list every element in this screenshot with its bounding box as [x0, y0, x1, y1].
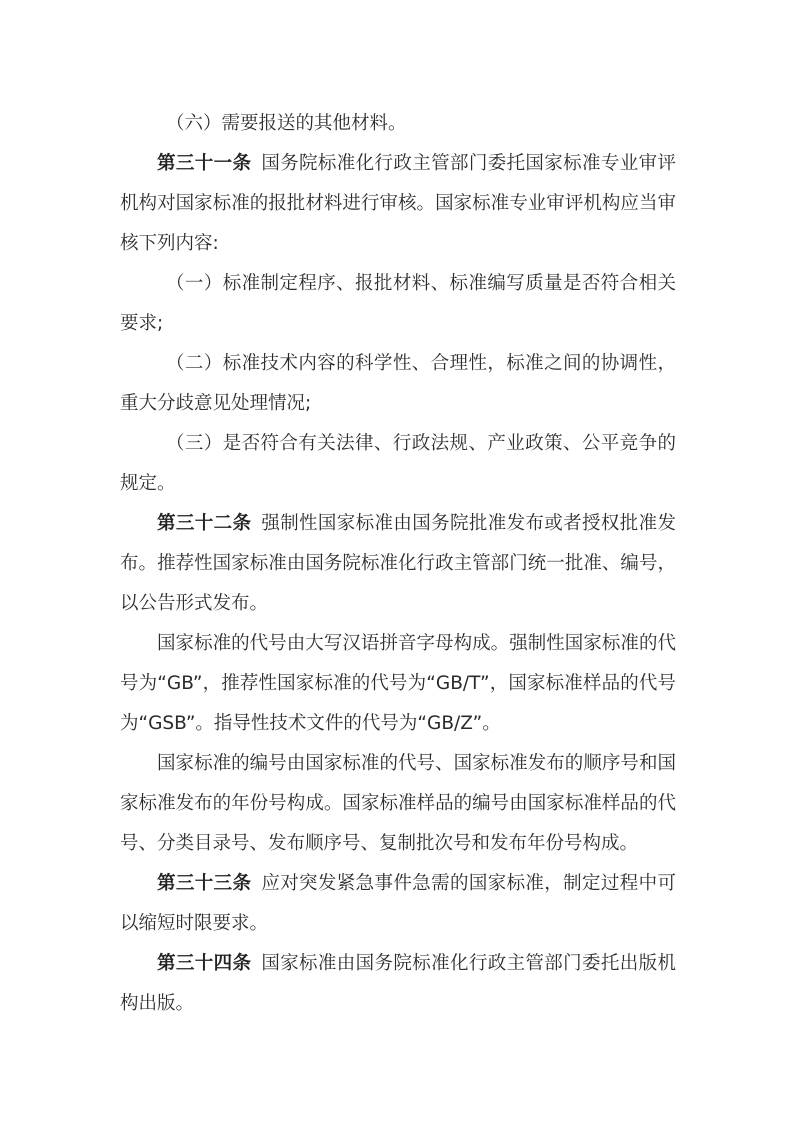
paragraph-text: （三）是否符合有关法律、行政法规、产业政策、公平竞争的规定。: [120, 433, 676, 494]
list-item-6: （六）需要报送的其他材料。: [120, 104, 676, 144]
article-32: 第三十二条强制性国家标准由国务院批准发布或者授权批准发布。推荐性国家标准由国务院…: [120, 504, 676, 624]
article-34: 第三十四条国家标准由国务院标准化行政主管部门委托出版机构出版。: [120, 944, 676, 1024]
document-page: （六）需要报送的其他材料。 第三十一条国务院标准化行政主管部门委托国家标准专业审…: [120, 104, 676, 1024]
article-33: 第三十三条应对突发紧急事件急需的国家标准，制定过程中可以缩短时限要求。: [120, 864, 676, 944]
article-31: 第三十一条国务院标准化行政主管部门委托国家标准专业审评机构对国家标准的报批材料进…: [120, 144, 676, 264]
list-item-3: （三）是否符合有关法律、行政法规、产业政策、公平竞争的规定。: [120, 424, 676, 504]
article-label: 第三十一条: [157, 153, 251, 174]
article-label: 第三十三条: [157, 873, 251, 894]
list-item-1: （一）标准制定程序、报批材料、标准编写质量是否符合相关要求;: [120, 264, 676, 344]
paragraph-standard-codes: 国家标准的代号由大写汉语拼音字母构成。强制性国家标准的代号为“GB”，推荐性国家…: [120, 624, 676, 744]
paragraph-text: 国家标准的代号由大写汉语拼音字母构成。强制性国家标准的代号为“GB”，推荐性国家…: [120, 633, 676, 734]
paragraph-text: （二）标准技术内容的科学性、合理性，标准之间的协调性，重大分歧意见处理情况;: [120, 353, 676, 414]
paragraph-text: （一）标准制定程序、报批材料、标准编写质量是否符合相关要求;: [120, 273, 676, 334]
article-label: 第三十二条: [157, 513, 251, 534]
article-label: 第三十四条: [157, 953, 251, 974]
paragraph-text: （六）需要报送的其他材料。: [166, 113, 407, 134]
paragraph-text: 国家标准的编号由国家标准的代号、国家标准发布的顺序号和国家标准发布的年份号构成。…: [120, 753, 676, 854]
list-item-2: （二）标准技术内容的科学性、合理性，标准之间的协调性，重大分歧意见处理情况;: [120, 344, 676, 424]
paragraph-standard-numbering: 国家标准的编号由国家标准的代号、国家标准发布的顺序号和国家标准发布的年份号构成。…: [120, 744, 676, 864]
